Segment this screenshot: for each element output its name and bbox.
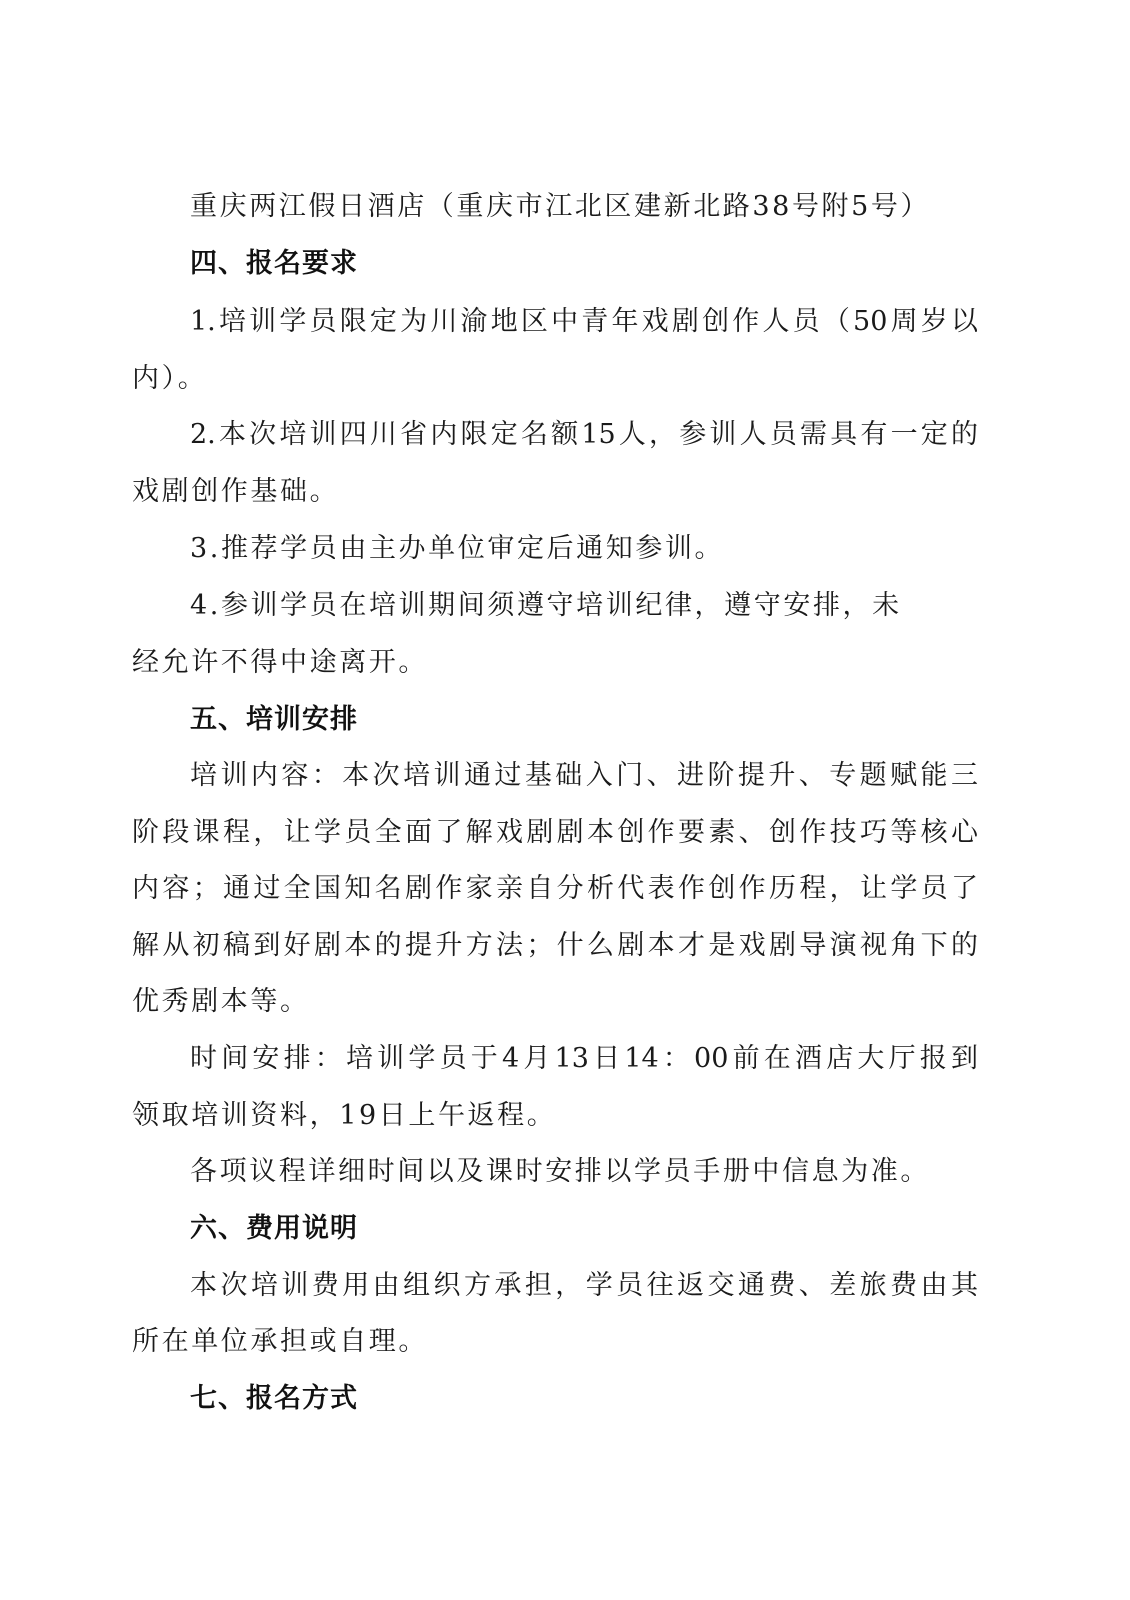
paragraph-line: 戏剧创作基础。: [132, 472, 978, 512]
paragraph-line: 重庆两江假日酒店（重庆市江北区建新北路38号附5号）: [190, 187, 978, 227]
paragraph-line: 解从初稿到好剧本的提升方法；什么剧本才是戏剧导演视角下的: [132, 926, 978, 966]
section-heading: 五、培训安排: [190, 700, 978, 740]
paragraph-line: 2.本次培训四川省内限定名额15人，参训人员需具有一定的: [190, 415, 978, 455]
paragraph-line: 培训内容：本次培训通过基础入门、进阶提升、专题赋能三: [190, 756, 978, 796]
paragraph-line: 阶段课程，让学员全面了解戏剧剧本创作要素、创作技巧等核心: [132, 813, 978, 853]
paragraph-line: 本次培训费用由组织方承担，学员往返交通费、差旅费由其: [190, 1266, 978, 1306]
document-page: 重庆两江假日酒店（重庆市江北区建新北路38号附5号）四、报名要求1.培训学员限定…: [0, 0, 1130, 1600]
paragraph-line: 各项议程详细时间以及课时安排以学员手册中信息为准。: [190, 1152, 978, 1192]
paragraph-line: 经允许不得中途离开。: [132, 643, 978, 683]
paragraph-line: 3.推荐学员由主办单位审定后通知参训。: [190, 529, 978, 569]
paragraph-line: 内容；通过全国知名剧作家亲自分析代表作创作历程，让学员了: [132, 869, 978, 909]
paragraph-line: 所在单位承担或自理。: [132, 1322, 978, 1362]
section-heading: 七、报名方式: [190, 1379, 978, 1419]
paragraph-line: 4.参训学员在培训期间须遵守培训纪律，遵守安排，未: [190, 586, 978, 626]
paragraph-line: 优秀剧本等。: [132, 982, 978, 1022]
paragraph-line: 时间安排：培训学员于4月13日14：00前在酒店大厅报到: [190, 1039, 978, 1079]
section-heading: 四、报名要求: [190, 244, 978, 284]
paragraph-line: 内）。: [132, 359, 978, 399]
paragraph-line: 1.培训学员限定为川渝地区中青年戏剧创作人员（50周岁以: [190, 302, 978, 342]
section-heading: 六、费用说明: [190, 1209, 978, 1249]
paragraph-line: 领取培训资料，19日上午返程。: [132, 1096, 978, 1136]
